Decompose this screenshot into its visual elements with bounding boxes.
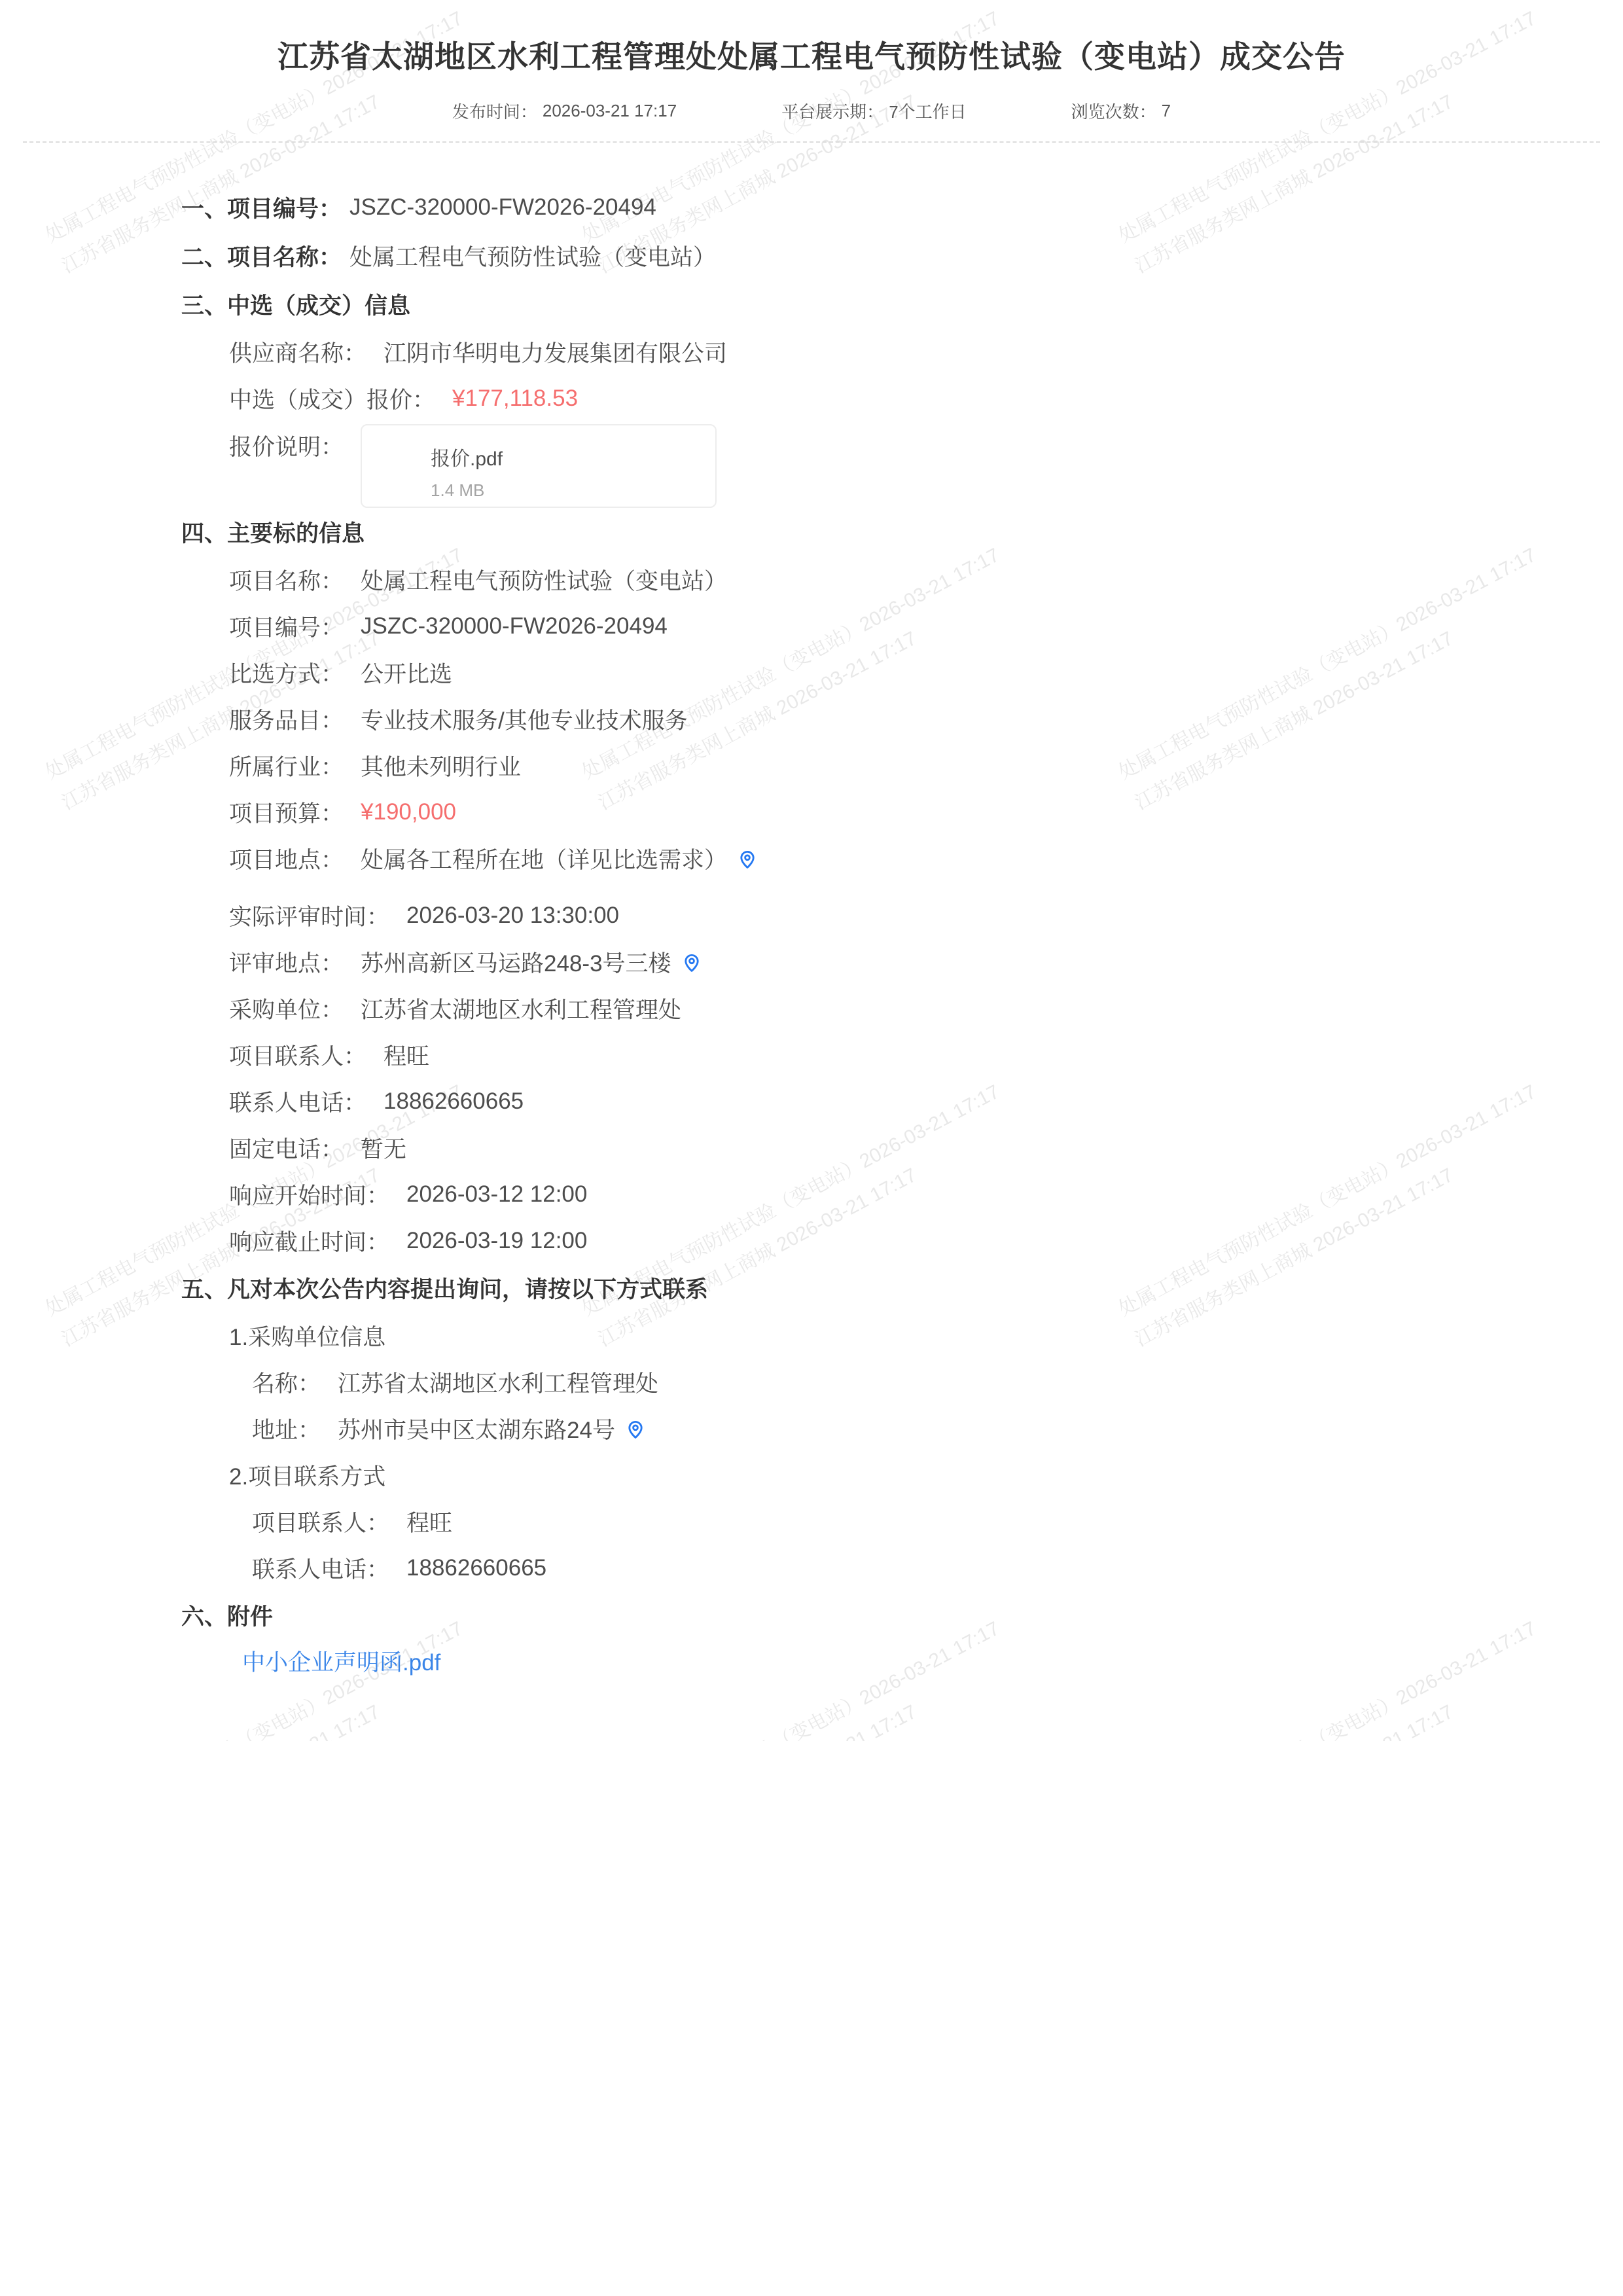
field-row: 服务品目：专业技术服务/其他专业技术服务 — [229, 696, 1544, 742]
field-row: 项目名称：处属工程电气预防性试验（变电站） — [229, 556, 1544, 603]
section-number: 三、 — [181, 288, 227, 321]
section-heading-label: 项目名称： — [227, 240, 342, 272]
subsection-heading: 1.采购单位信息 — [229, 1312, 1544, 1359]
section-heading-label: 中选（成交）信息 — [227, 288, 410, 321]
section-heading: 二、项目名称：处属工程电气预防性试验（变电站） — [181, 232, 1544, 280]
location-pin-icon[interactable] — [624, 1418, 647, 1440]
field-value: 专业技术服务/其他专业技术服务 — [361, 703, 688, 736]
field-value: 2026-03-12 12:00 — [406, 1181, 587, 1208]
field-row: 响应开始时间：2026-03-12 12:00 — [229, 1171, 1544, 1217]
view-count-value: 7 — [1162, 101, 1171, 121]
page-header: 江苏省太湖地区水利工程管理处处属工程电气预防性试验（变电站）成交公告 发布时间：… — [0, 33, 1623, 143]
field-label: 项目地点： — [229, 842, 344, 875]
field-row: 采购单位：江苏省太湖地区水利工程管理处 — [229, 985, 1544, 1031]
field-value: 18862660665 — [406, 1555, 546, 1581]
field-value: 江苏省太湖地区水利工程管理处 — [361, 992, 681, 1025]
field-value: 18862660665 — [383, 1088, 524, 1115]
field-value: ¥190,000 — [361, 799, 456, 825]
display-period-label: 平台展示期： — [781, 99, 883, 123]
field-label: 实际评审时间： — [229, 899, 389, 932]
field-label: 固定电话： — [229, 1132, 344, 1164]
section-number: 二、 — [181, 240, 227, 272]
display-period: 平台展示期： 7个工作日 — [781, 99, 966, 123]
section-number: 五、 — [181, 1272, 227, 1304]
field-label: 地址： — [252, 1412, 321, 1445]
field-label: 项目联系人： — [252, 1505, 389, 1538]
attachment-link[interactable]: 中小企业声明函.pdf — [242, 1640, 440, 1686]
view-count: 浏览次数： 7 — [1071, 99, 1171, 123]
field-row: 所属行业：其他未列明行业 — [229, 742, 1544, 789]
section-heading: 四、主要标的信息 — [181, 508, 1544, 556]
field-label: 项目联系人： — [229, 1039, 366, 1071]
publish-time-value: 2026-03-21 17:17 — [543, 101, 677, 121]
field-label: 项目名称： — [229, 564, 344, 596]
field-value: 江阴市华明电力发展集团有限公司 — [383, 336, 727, 368]
field-label: 所属行业： — [229, 749, 344, 782]
field-row: 比选方式：公开比选 — [229, 649, 1544, 696]
section-heading: 五、凡对本次公告内容提出询问，请按以下方式联系 — [181, 1264, 1544, 1312]
section-heading-label: 主要标的信息 — [227, 516, 365, 548]
field-row: 联系人电话：18862660665 — [252, 1545, 1544, 1591]
page-title: 江苏省太湖地区水利工程管理处处属工程电气预防性试验（变电站）成交公告 — [0, 33, 1623, 77]
section-2: 二、项目名称：处属工程电气预防性试验（变电站） — [181, 232, 1544, 280]
field-value: 江苏省太湖地区水利工程管理处 — [338, 1366, 658, 1399]
field-value: 程旺 — [406, 1505, 452, 1538]
field-value: 2026-03-19 12:00 — [406, 1228, 587, 1254]
field-row: 地址：苏州市吴中区太湖东路24号 — [252, 1405, 1544, 1452]
publish-time: 发布时间： 2026-03-21 17:17 — [452, 99, 677, 123]
field-label: 采购单位： — [229, 992, 344, 1025]
field-row: 项目编号：JSZC-320000-FW2026-20494 — [229, 603, 1544, 649]
announcement-page: 处属工程电气预防性试验（变电站）2026-03-21 17:17江苏省服务类网上… — [0, 0, 1623, 2296]
section-1: 一、项目编号：JSZC-320000-FW2026-20494 — [181, 183, 1544, 232]
section-heading: 三、中选（成交）信息 — [181, 280, 1544, 329]
field-row: 实际评审时间：2026-03-20 13:30:00 — [229, 892, 1544, 939]
field-value: 苏州高新区马运路248-3号三楼 — [361, 946, 671, 978]
publish-time-label: 发布时间： — [452, 99, 537, 123]
section-6: 六、附件中小企业声明函.pdf — [181, 1591, 1544, 1686]
section-4: 四、主要标的信息项目名称：处属工程电气预防性试验（变电站）项目编号：JSZC-3… — [181, 508, 1544, 1264]
field-value: 公开比选 — [361, 656, 452, 689]
field-row: 中选（成交）报价：¥177,118.53 — [229, 375, 1544, 422]
section-heading-label: 附件 — [227, 1599, 273, 1632]
field-row: 评审地点：苏州高新区马运路248-3号三楼 — [229, 939, 1544, 985]
section-heading: 六、附件 — [181, 1591, 1544, 1640]
field-value: JSZC-320000-FW2026-20494 — [361, 613, 668, 639]
meta-row: 发布时间： 2026-03-21 17:17 平台展示期： 7个工作日 浏览次数… — [0, 99, 1623, 123]
location-pin-icon[interactable] — [736, 848, 758, 870]
field-row: 项目地点：处属各工程所在地（详见比选需求） — [229, 835, 1544, 882]
field-label: 名称： — [252, 1366, 321, 1399]
field-row: 供应商名称：江阴市华明电力发展集团有限公司 — [229, 329, 1544, 375]
field-value: 暂无 — [361, 1132, 406, 1164]
field-value: 处属各工程所在地（详见比选需求） — [361, 842, 727, 875]
field-value: 其他未列明行业 — [361, 749, 521, 782]
field-value: 2026-03-20 13:30:00 — [406, 903, 619, 929]
section-5: 五、凡对本次公告内容提出询问，请按以下方式联系1.采购单位信息名称：江苏省太湖地… — [181, 1264, 1544, 1591]
field-value: 程旺 — [383, 1039, 429, 1071]
section-3: 三、中选（成交）信息供应商名称：江阴市华明电力发展集团有限公司中选（成交）报价：… — [181, 280, 1544, 508]
section-number: 四、 — [181, 516, 227, 548]
field-label: 项目预算： — [229, 796, 344, 829]
field-label: 评审地点： — [229, 946, 344, 978]
field-label: 报价说明： — [229, 424, 344, 471]
field-value: ¥177,118.53 — [452, 386, 578, 412]
field-row: 响应截止时间：2026-03-19 12:00 — [229, 1217, 1544, 1264]
section-heading-value: JSZC-320000-FW2026-20494 — [349, 194, 656, 221]
field-row: 名称：江苏省太湖地区水利工程管理处 — [252, 1359, 1544, 1405]
display-period-value: 7个工作日 — [889, 99, 966, 123]
file-name: 报价.pdf — [431, 442, 715, 471]
field-label: 服务品目： — [229, 703, 344, 736]
view-count-label: 浏览次数： — [1071, 99, 1156, 123]
field-value: 苏州市吴中区太湖东路24号 — [338, 1412, 615, 1445]
field-label: 响应截止时间： — [229, 1225, 389, 1257]
field-row: 固定电话：暂无 — [229, 1124, 1544, 1171]
field-row: 项目预算：¥190,000 — [229, 789, 1544, 835]
section-heading-label: 凡对本次公告内容提出询问，请按以下方式联系 — [227, 1272, 708, 1304]
section-heading-label: 项目编号： — [227, 191, 342, 224]
field-label: 联系人电话： — [229, 1085, 366, 1118]
location-pin-icon[interactable] — [681, 951, 703, 973]
attachment-card[interactable]: 报价.pdf1.4 MB — [361, 424, 717, 508]
field-row: 联系人电话：18862660665 — [229, 1078, 1544, 1124]
field-label: 联系人电话： — [252, 1552, 389, 1585]
section-number: 六、 — [181, 1599, 227, 1632]
section-number: 一、 — [181, 191, 227, 224]
field-value: 处属工程电气预防性试验（变电站） — [361, 564, 727, 596]
field-row: 报价说明：报价.pdf1.4 MB — [229, 424, 1544, 508]
field-row: 项目联系人：程旺 — [252, 1498, 1544, 1545]
field-label: 项目编号： — [229, 610, 344, 643]
field-row: 项目联系人：程旺 — [229, 1031, 1544, 1078]
subsection-heading: 2.项目联系方式 — [229, 1452, 1544, 1498]
announcement-body: 一、项目编号：JSZC-320000-FW2026-20494二、项目名称：处属… — [0, 143, 1623, 1686]
field-label: 比选方式： — [229, 656, 344, 689]
file-size: 1.4 MB — [431, 480, 715, 501]
section-heading: 一、项目编号：JSZC-320000-FW2026-20494 — [181, 183, 1544, 232]
section-heading-value: 处属工程电气预防性试验（变电站） — [349, 240, 716, 272]
field-label: 响应开始时间： — [229, 1178, 389, 1211]
field-label: 中选（成交）报价： — [229, 382, 435, 415]
field-label: 供应商名称： — [229, 336, 366, 368]
